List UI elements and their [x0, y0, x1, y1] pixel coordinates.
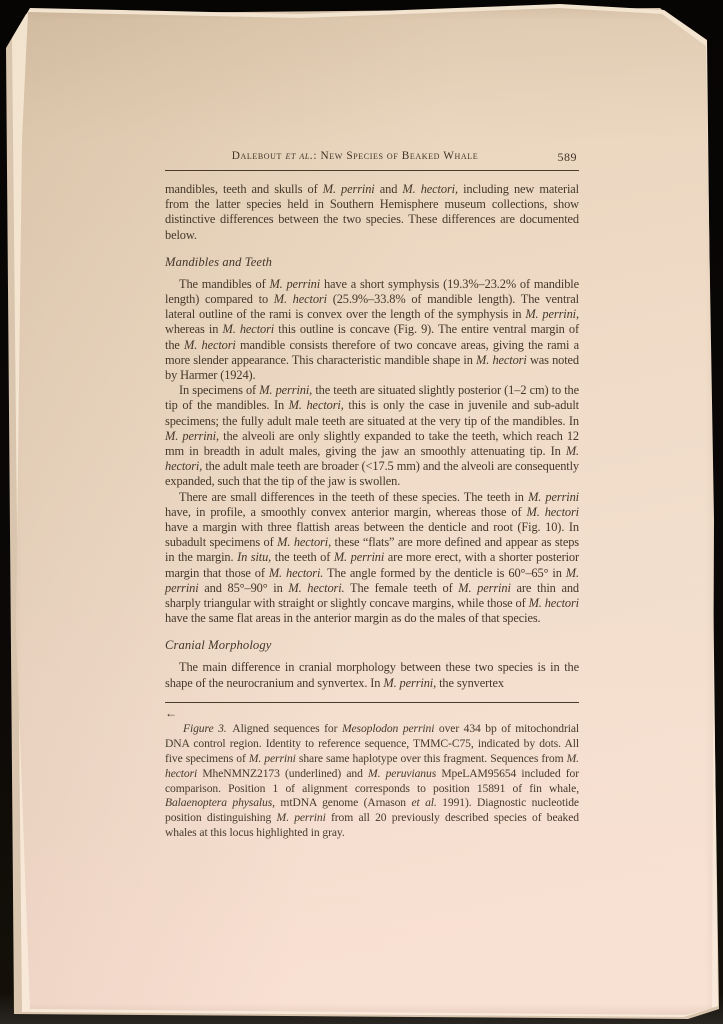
- figure-note: ← Figure 3. Aligned sequences for Mesopl…: [165, 702, 579, 841]
- section-heading-mandibles-and-teeth: Mandibles and Teeth: [165, 255, 579, 270]
- left-arrow-icon: ←: [165, 706, 579, 720]
- paragraph-cranial-morphology: The main difference in cranial morpholog…: [165, 660, 579, 690]
- header-rule: [165, 170, 579, 171]
- paragraph-teeth-position: In specimens of M. perrini, the teeth ar…: [165, 383, 579, 489]
- paragraph-mandibles-symphysis: The mandibles of M. perrini have a short…: [165, 277, 579, 383]
- paragraph-teeth-differences: There are small differences in the teeth…: [165, 490, 579, 627]
- photographed-book-scene: Dalebout et al.: New Species of Beaked W…: [0, 0, 723, 1024]
- page-content: Dalebout et al.: New Species of Beaked W…: [165, 150, 579, 841]
- paragraph-continuation: mandibles, teeth and skulls of M. perrin…: [165, 182, 579, 243]
- journal-page: Dalebout et al.: New Species of Beaked W…: [0, 0, 723, 1024]
- running-title: Dalebout et al.: New Species of Beaked W…: [165, 150, 579, 162]
- section-heading-cranial-morphology: Cranial Morphology: [165, 638, 579, 653]
- running-header: Dalebout et al.: New Species of Beaked W…: [165, 150, 579, 167]
- page-number: 589: [558, 150, 578, 165]
- figure-note-rule: [165, 702, 579, 703]
- figure-3-caption: Figure 3. Aligned sequences for Mesoplod…: [165, 722, 579, 841]
